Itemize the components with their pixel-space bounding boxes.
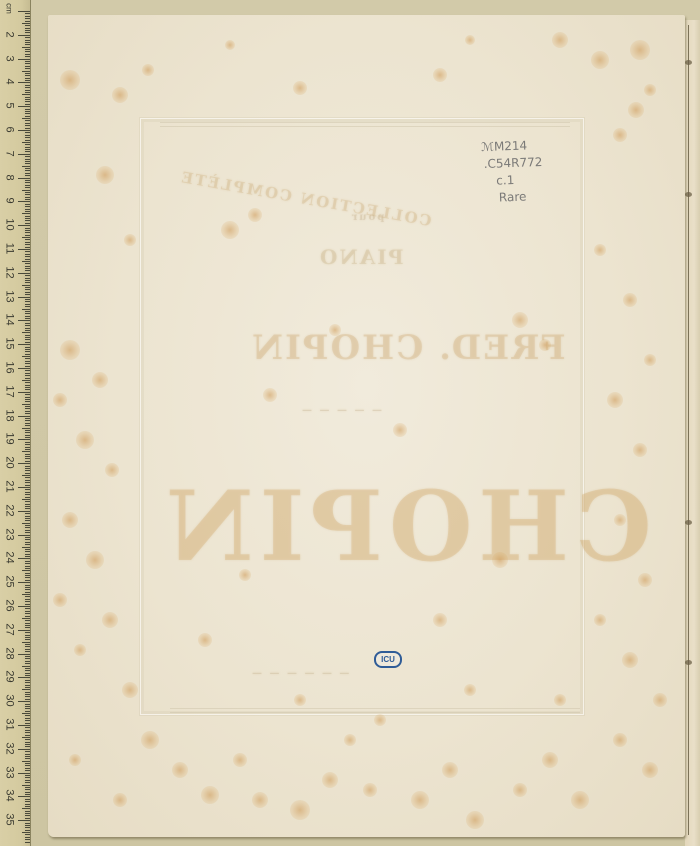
ruler-tick — [25, 456, 30, 457]
ruler-tick — [22, 190, 30, 191]
ruler-number: 19 — [4, 431, 15, 447]
ruler-tick — [25, 182, 30, 183]
ruler-tick — [18, 820, 30, 821]
foxing-spot — [644, 354, 656, 366]
ruler-tick — [22, 23, 30, 24]
ruler-tick — [22, 142, 30, 143]
ruler-tick — [25, 825, 30, 826]
ruler-tick — [25, 530, 30, 531]
ruler-tick — [22, 570, 30, 571]
ruler-tick — [25, 651, 30, 652]
ruler-tick — [25, 132, 30, 133]
ruler-tick — [25, 437, 30, 438]
ruler-tick — [22, 523, 30, 524]
ruler-tick — [25, 573, 30, 574]
foxing-spot — [69, 754, 81, 766]
ruler-tick — [25, 715, 30, 716]
ruler-number: 17 — [4, 383, 15, 399]
ruler-tick — [25, 730, 30, 731]
ruler-tick — [25, 723, 30, 724]
ruler-tick — [25, 259, 30, 260]
ruler-tick — [25, 304, 30, 305]
ruler-tick — [25, 727, 30, 728]
ruler-tick — [25, 792, 30, 793]
ruler-number: 12 — [4, 264, 15, 280]
ruler-tick — [25, 204, 30, 205]
ruler-tick — [25, 223, 30, 224]
foxing-spot — [233, 753, 247, 767]
ruler-tick — [25, 394, 30, 395]
foxing-spot — [239, 569, 251, 581]
ruler-number: 34 — [4, 788, 15, 804]
ruler-number: 7 — [4, 145, 15, 161]
ruler-tick — [25, 316, 30, 317]
ruler-tick — [25, 287, 30, 288]
ruler-tick — [25, 282, 30, 283]
ruler-tick — [22, 451, 30, 452]
ruler-tick — [25, 216, 30, 217]
ruler-tick — [25, 135, 30, 136]
ruler-tick — [25, 306, 30, 307]
ruler-tick — [25, 373, 30, 374]
ruler-tick — [25, 230, 30, 231]
ruler-tick — [25, 608, 30, 609]
foxing-spot — [112, 87, 128, 103]
embossed-rule — [170, 712, 580, 713]
ruler-tick — [25, 51, 30, 52]
ruler-number: 32 — [4, 740, 15, 756]
foxing-spot — [76, 431, 94, 449]
ruler-tick — [25, 756, 30, 757]
ruler-tick — [22, 237, 30, 238]
ruler-tick — [25, 787, 30, 788]
ruler-tick — [25, 44, 30, 45]
ruler-tick — [25, 218, 30, 219]
ruler-tick — [25, 837, 30, 838]
ruler-tick — [25, 575, 30, 576]
ruler-tick — [25, 470, 30, 471]
foxing-spot — [201, 786, 219, 804]
foxing-spot — [221, 221, 239, 239]
ruler-tick — [22, 737, 30, 738]
ruler-tick — [22, 309, 30, 310]
library-stamp: ICU — [374, 651, 402, 668]
ruler-tick — [25, 668, 30, 669]
ruler-tick — [25, 739, 30, 740]
foxing-spot — [591, 51, 609, 69]
foxing-spot — [363, 783, 377, 797]
ruler-tick — [18, 749, 30, 750]
ruler-tick — [25, 187, 30, 188]
ruler-tick — [25, 330, 30, 331]
foxing-spot — [622, 652, 638, 668]
ruler-tick — [25, 220, 30, 221]
ruler-tick — [25, 168, 30, 169]
ruler-number: 29 — [4, 669, 15, 685]
ruler-number: 16 — [4, 360, 15, 376]
ruler-tick — [22, 618, 30, 619]
foxing-spot — [322, 772, 338, 788]
ruler-tick — [25, 101, 30, 102]
ruler-tick — [25, 589, 30, 590]
ruler-tick — [22, 261, 30, 262]
ruler-tick — [25, 687, 30, 688]
ruler-tick — [25, 397, 30, 398]
ruler-number: 5 — [4, 98, 15, 114]
ruler-tick — [25, 442, 30, 443]
foxing-spot — [172, 762, 188, 778]
ruler-number: 15 — [4, 336, 15, 352]
foxing-spot — [539, 339, 551, 351]
ruler-tick — [25, 435, 30, 436]
ruler-tick — [25, 351, 30, 352]
ruler-tick — [25, 549, 30, 550]
ruler-tick — [25, 458, 30, 459]
ruler-tick — [25, 228, 30, 229]
foxing-spot — [642, 762, 658, 778]
ruler-tick — [25, 742, 30, 743]
ruler-number: 10 — [4, 217, 15, 233]
ruler-tick — [22, 808, 30, 809]
ruler-tick — [25, 449, 30, 450]
foxing-spot — [294, 694, 306, 706]
ruler-tick — [25, 473, 30, 474]
foxing-spot — [141, 731, 159, 749]
ruler-tick — [25, 40, 30, 41]
foxing-spot — [142, 64, 154, 76]
ruler-tick — [25, 482, 30, 483]
ruler-tick — [25, 680, 30, 681]
ruler-tick — [25, 694, 30, 695]
ruler-tick — [25, 646, 30, 647]
ruler-tick — [25, 485, 30, 486]
ruler-tick — [25, 275, 30, 276]
ruler-tick — [25, 447, 30, 448]
foxing-spot — [465, 35, 475, 45]
ruler-tick — [25, 30, 30, 31]
ruler-tick — [25, 335, 30, 336]
ruler-number: 11 — [4, 241, 15, 257]
foxing-spot — [102, 612, 118, 628]
ruler-tick — [22, 118, 30, 119]
ruler-tick — [25, 313, 30, 314]
ruler-tick — [25, 418, 30, 419]
binding-stitch — [685, 660, 692, 665]
ruler-tick — [18, 677, 30, 678]
ruler-tick — [25, 209, 30, 210]
ruler-tick — [25, 239, 30, 240]
ruler-tick — [25, 613, 30, 614]
ruler-tick — [22, 499, 30, 500]
ruler-tick — [22, 47, 30, 48]
ruler-tick — [25, 504, 30, 505]
ruler-tick — [25, 592, 30, 593]
ruler-tick — [25, 596, 30, 597]
foxing-spot — [105, 463, 119, 477]
ruler-tick — [25, 806, 30, 807]
ruler-tick — [25, 354, 30, 355]
ruler-tick — [18, 606, 30, 607]
ruler-tick — [25, 823, 30, 824]
ruler-tick — [22, 832, 30, 833]
ruler-tick — [25, 539, 30, 540]
ruler-tick — [25, 430, 30, 431]
ruler-tick — [25, 834, 30, 835]
ruler-tick — [22, 689, 30, 690]
ruler-tick — [25, 270, 30, 271]
ruler-tick — [25, 347, 30, 348]
ruler-tick — [25, 554, 30, 555]
ruler-tick — [25, 337, 30, 338]
ruler-tick — [18, 725, 30, 726]
ruler-number: 30 — [4, 693, 15, 709]
call-number-collection: Rare — [499, 188, 544, 207]
ruler-tick — [25, 830, 30, 831]
foxing-spot — [644, 84, 656, 96]
foxing-spot — [53, 593, 67, 607]
ruler-tick — [25, 718, 30, 719]
ruler-number: 22 — [4, 502, 15, 518]
ruler-tick — [25, 649, 30, 650]
ruler-number: 20 — [4, 455, 15, 471]
foxing-spot — [248, 208, 262, 222]
ruler-tick — [25, 468, 30, 469]
measurement-ruler: cm 2345678910111213141516171819202122232… — [0, 0, 31, 846]
ruler-tick — [25, 811, 30, 812]
ruler-tick — [25, 501, 30, 502]
ruler-tick — [25, 144, 30, 145]
ruler-number: 23 — [4, 526, 15, 542]
ruler-tick — [25, 366, 30, 367]
ruler-tick — [25, 799, 30, 800]
ruler-tick — [25, 116, 30, 117]
ruler-number: 9 — [4, 193, 15, 209]
ruler-tick — [25, 161, 30, 162]
ruler-tick — [25, 109, 30, 110]
ruler-tick — [25, 644, 30, 645]
ruler-tick — [25, 197, 30, 198]
ruler-unit-label: cm — [5, 1, 14, 17]
ruler-tick — [25, 194, 30, 195]
ruler-tick — [22, 594, 30, 595]
ruler-tick — [22, 642, 30, 643]
ruler-tick — [25, 801, 30, 802]
ruler-tick — [25, 104, 30, 105]
foxing-spot — [638, 573, 652, 587]
ruler-tick — [25, 399, 30, 400]
bleed-through-footer: — — — — — — — [250, 668, 349, 679]
ruler-tick — [25, 682, 30, 683]
foxing-spot — [122, 682, 138, 698]
ruler-tick — [25, 746, 30, 747]
ruler-tick — [25, 318, 30, 319]
foxing-spot — [442, 762, 458, 778]
ruler-tick — [25, 163, 30, 164]
ruler-tick — [25, 151, 30, 152]
ruler-tick — [25, 13, 30, 14]
ruler-tick — [25, 192, 30, 193]
ruler-tick — [25, 256, 30, 257]
ruler-tick — [25, 54, 30, 55]
ruler-tick — [25, 497, 30, 498]
ruler-tick — [25, 149, 30, 150]
ruler-tick — [18, 201, 30, 202]
ruler-tick — [25, 623, 30, 624]
ruler-tick — [25, 156, 30, 157]
ruler-tick — [25, 323, 30, 324]
ruler-tick — [18, 773, 30, 774]
ruler-tick — [25, 113, 30, 114]
ruler-tick — [25, 480, 30, 481]
ruler-tick — [22, 94, 30, 95]
ruler-tick — [25, 658, 30, 659]
ruler-tick — [25, 768, 30, 769]
ruler-tick — [25, 411, 30, 412]
ruler-tick — [25, 466, 30, 467]
ruler-tick — [25, 413, 30, 414]
ruler-number: 27 — [4, 621, 15, 637]
ruler-tick — [25, 580, 30, 581]
foxing-spot — [124, 234, 136, 246]
ruler-tick — [25, 627, 30, 628]
ruler-tick — [25, 699, 30, 700]
ruler-tick — [25, 751, 30, 752]
foxing-spot — [329, 324, 341, 336]
ruler-tick — [18, 582, 30, 583]
ruler-tick — [18, 273, 30, 274]
ruler-tick — [25, 706, 30, 707]
ruler-tick — [25, 87, 30, 88]
ruler-tick — [18, 106, 30, 107]
ruler-tick — [25, 516, 30, 517]
ruler-tick — [22, 761, 30, 762]
foxing-spot — [571, 791, 589, 809]
ruler-tick — [18, 392, 30, 393]
binding-stitch — [685, 192, 692, 197]
ruler-tick — [18, 654, 30, 655]
ruler-tick — [25, 544, 30, 545]
foxing-spot — [433, 613, 447, 627]
ruler-tick — [25, 780, 30, 781]
ruler-tick — [25, 782, 30, 783]
ruler-tick — [25, 815, 30, 816]
ruler-tick — [25, 423, 30, 424]
ruler-tick — [25, 247, 30, 248]
ruler-tick — [25, 527, 30, 528]
ruler-tick — [25, 720, 30, 721]
ruler-tick — [18, 701, 30, 702]
ruler-tick — [25, 268, 30, 269]
ruler-tick — [25, 508, 30, 509]
ruler-tick — [18, 796, 30, 797]
foxing-spot — [411, 791, 429, 809]
foxing-spot — [492, 552, 508, 568]
ruler-tick — [22, 356, 30, 357]
ruler-tick — [25, 339, 30, 340]
foxing-spot — [60, 70, 80, 90]
ruler-number: 6 — [4, 122, 15, 138]
ruler-tick — [25, 361, 30, 362]
ruler-tick — [18, 344, 30, 345]
ruler-tick — [25, 206, 30, 207]
ruler-tick — [18, 82, 30, 83]
foxing-spot — [198, 633, 212, 647]
ruler-tick — [22, 213, 30, 214]
ruler-tick — [25, 532, 30, 533]
ruler-tick — [25, 170, 30, 171]
ruler-number: 33 — [4, 764, 15, 780]
embossed-rule — [170, 708, 580, 709]
ruler-number: 31 — [4, 717, 15, 733]
ruler-tick — [25, 120, 30, 121]
ruler-tick — [25, 563, 30, 564]
foxing-spot — [614, 514, 626, 526]
ruler-tick — [25, 251, 30, 252]
foxing-spot — [374, 714, 386, 726]
ruler-tick — [25, 542, 30, 543]
ruler-number: 21 — [4, 479, 15, 495]
ruler-tick — [25, 90, 30, 91]
embossed-rule — [160, 126, 570, 127]
ruler-tick — [25, 432, 30, 433]
foxing-spot — [613, 733, 627, 747]
ruler-tick — [25, 566, 30, 567]
ruler-tick — [25, 25, 30, 26]
ruler-tick — [25, 601, 30, 602]
ruler-tick — [25, 673, 30, 674]
ruler-tick — [25, 777, 30, 778]
ruler-tick — [25, 454, 30, 455]
ruler-tick — [25, 635, 30, 636]
foxing-spot — [466, 811, 484, 829]
ruler-number: 3 — [4, 50, 15, 66]
foxing-spot — [60, 340, 80, 360]
ruler-tick — [25, 61, 30, 62]
ruler-tick — [18, 511, 30, 512]
ruler-tick — [25, 278, 30, 279]
ruler-number: 13 — [4, 288, 15, 304]
ruler-tick — [25, 692, 30, 693]
ruler-tick — [25, 294, 30, 295]
ruler-tick — [25, 763, 30, 764]
ruler-tick — [22, 666, 30, 667]
call-number-cutter: .C54R772 — [483, 154, 542, 173]
ruler-tick — [25, 128, 30, 129]
ruler-tick — [25, 637, 30, 638]
ruler-tick — [25, 818, 30, 819]
ruler-tick — [25, 159, 30, 160]
ruler-tick — [25, 175, 30, 176]
ruler-tick — [25, 477, 30, 478]
foxing-spot — [293, 81, 307, 95]
handwritten-call-number: ℳM214 .C54R772 c.1 Rare — [481, 137, 544, 207]
ruler-number: 28 — [4, 645, 15, 661]
bleed-through-small-line: — — — — — — [300, 405, 382, 416]
ruler-tick — [25, 585, 30, 586]
ruler-tick — [25, 299, 30, 300]
ruler-tick — [25, 180, 30, 181]
ruler-tick — [25, 140, 30, 141]
ruler-tick — [25, 732, 30, 733]
bleed-through-composer: FRED. CHOPIN — [250, 328, 566, 368]
foxing-spot — [512, 312, 528, 328]
ruler-tick — [25, 675, 30, 676]
ruler-tick — [25, 97, 30, 98]
foxing-spot — [633, 443, 647, 457]
ruler-tick — [25, 842, 30, 843]
ruler-tick — [25, 16, 30, 17]
ruler-tick — [25, 754, 30, 755]
